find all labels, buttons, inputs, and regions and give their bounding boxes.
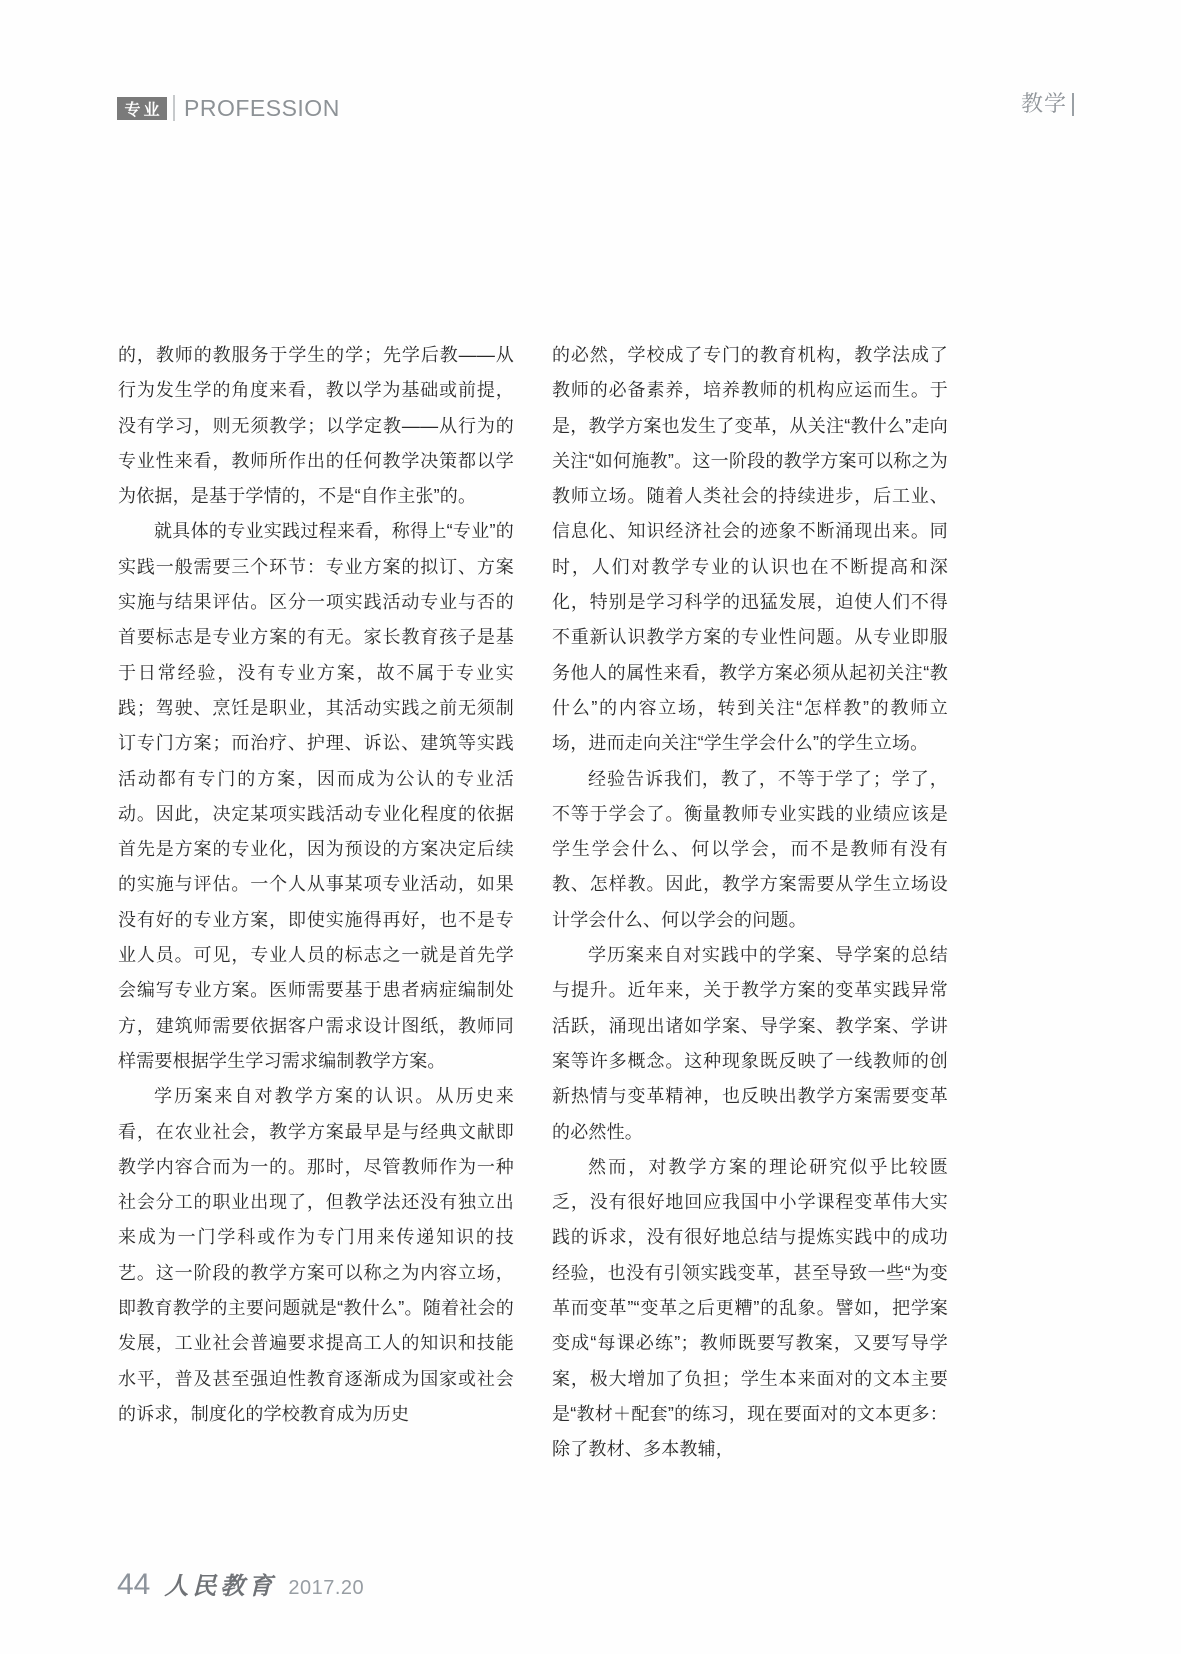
paragraph: 学历案来自对教学方案的认识。从历史来看，在农业社会，教学方案最早是与经典文献即教… (118, 1079, 514, 1432)
column-left: 的，教师的教服务于学生的学；先学后教——从行为发生学的角度来看，教以学为基础或前… (118, 338, 514, 1506)
magazine-logo: 人民教育 (164, 1566, 276, 1601)
page-footer: 44 人民教育 2017.20 (117, 1566, 364, 1606)
column-right: 的必然，学校成了专门的教育机构，教学法成了教师的必备素养，培养教师的机构应运而生… (552, 338, 948, 1506)
paragraph: 经验告诉我们，教了，不等于学了；学了，不等于学会了。衡量教师专业实践的业绩应该是… (552, 762, 948, 938)
magazine-page: 专业 PROFESSION 教学 的，教师的教服务于学生的学；先学后教——从行为… (0, 0, 1181, 1654)
article-body: 的，教师的教服务于学生的学；先学后教——从行为发生学的角度来看，教以学为基础或前… (118, 338, 948, 1506)
paragraph: 的，教师的教服务于学生的学；先学后教——从行为发生学的角度来看，教以学为基础或前… (118, 338, 514, 514)
running-head: 教学 (1021, 92, 1074, 116)
paragraph: 学历案来自对实践中的学案、导学案的总结与提升。近年来，关于教学方案的变革实践异常… (552, 938, 948, 1150)
paragraph: 的必然，学校成了专门的教育机构，教学法成了教师的必备素养，培养教师的机构应运而生… (552, 338, 948, 762)
paragraph: 然而，对教学方案的理论研究似乎比较匮乏，没有很好地回应我国中小学课程变革伟大实践… (552, 1150, 948, 1468)
section-header: 专业 PROFESSION (117, 95, 340, 121)
running-head-label: 教学 (1021, 92, 1067, 116)
section-badge-label: 专业 (124, 97, 162, 120)
page-number: 44 (117, 1568, 150, 1602)
section-badge: 专业 (117, 97, 167, 120)
paragraph: 就具体的专业实践过程来看，称得上“专业”的实践一般需要三个环节：专业方案的拟订、… (118, 514, 514, 1079)
issue-number: 2017.20 (288, 1577, 364, 1600)
running-head-divider (1072, 93, 1074, 116)
section-name: PROFESSION (184, 95, 340, 121)
header-divider (173, 95, 175, 121)
